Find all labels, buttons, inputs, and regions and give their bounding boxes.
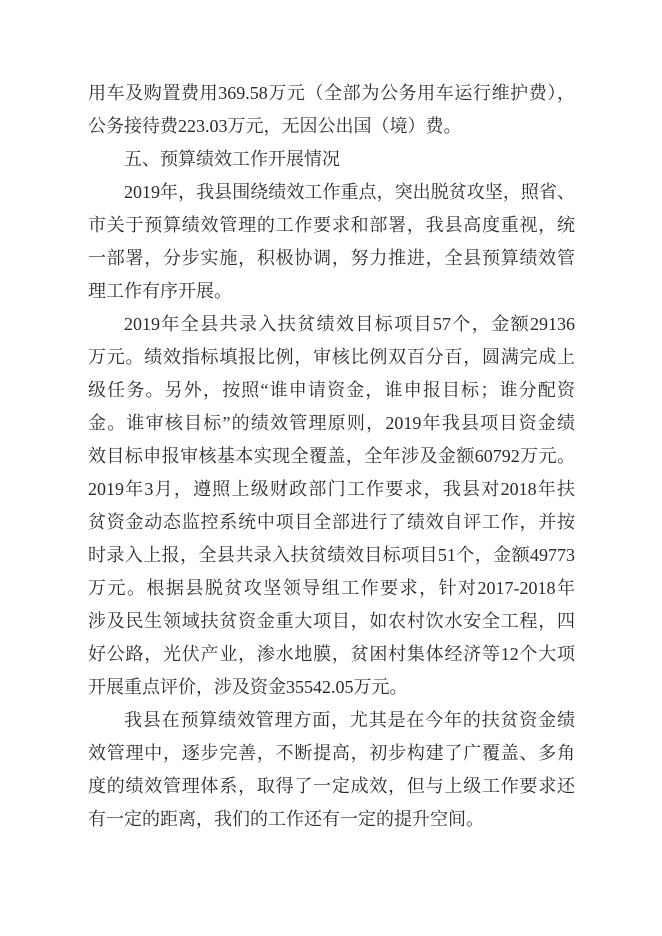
document-line: 效管理中，逐步完善，不断提高，初步构建了广覆盖、多角	[88, 737, 575, 770]
document-line: 金。谁审核目标”的绩效管理原则，2019年我县项目资金绩	[88, 407, 575, 440]
document-line: 我县在预算绩效管理方面，尤其是在今年的扶贫资金绩	[88, 704, 575, 737]
document-line: 效目标申报审核基本实现全覆盖，全年涉及金额60792万元。	[88, 440, 575, 473]
document-page: 用车及购置费用369.58万元（全部为公务用车运行维护费），公务接待费223.0…	[0, 0, 662, 936]
document-line: 2019年全县共录入扶贫绩效目标项目57个，金额29136	[88, 308, 575, 341]
document-line: 度的绩效管理体系，取得了一定成效，但与上级工作要求还	[88, 770, 575, 803]
document-line: 2019年，我县围绕绩效工作重点，突出脱贫攻坚，照省、	[88, 176, 575, 209]
document-line: 万元。根据县脱贫攻坚领导组工作要求，针对2017-2018年	[88, 572, 575, 605]
document-line: 开展重点评价，涉及资金35542.05万元。	[88, 671, 575, 704]
document-line: 公务接待费223.03万元，无因公出国（境）费。	[88, 110, 575, 143]
document-text-block: 用车及购置费用369.58万元（全部为公务用车运行维护费），公务接待费223.0…	[88, 77, 575, 836]
document-line: 一部署，分步实施，积极协调，努力推进，全县预算绩效管	[88, 242, 575, 275]
document-line: 级任务。另外，按照“谁申请资金，谁申报目标；谁分配资	[88, 374, 575, 407]
document-line: 有一定的距离，我们的工作还有一定的提升空间。	[88, 803, 575, 836]
document-line: 贫资金动态监控系统中项目全部进行了绩效自评工作，并按	[88, 506, 575, 539]
document-line: 用车及购置费用369.58万元（全部为公务用车运行维护费），	[88, 77, 575, 110]
document-line: 2019年3月，遵照上级财政部门工作要求，我县对2018年扶	[88, 473, 575, 506]
document-line: 理工作有序开展。	[88, 275, 575, 308]
document-line: 时录入上报，全县共录入扶贫绩效目标项目51个，金额49773	[88, 539, 575, 572]
document-line: 万元。绩效指标填报比例，审核比例双百分百，圆满完成上	[88, 341, 575, 374]
document-line: 涉及民生领域扶贫资金重大项目，如农村饮水安全工程，四	[88, 605, 575, 638]
section-heading: 五、预算绩效工作开展情况	[88, 143, 575, 176]
document-line: 市关于预算绩效管理的工作要求和部署，我县高度重视，统	[88, 209, 575, 242]
document-line: 好公路，光伏产业，渗水地膜，贫困村集体经济等12个大项	[88, 638, 575, 671]
